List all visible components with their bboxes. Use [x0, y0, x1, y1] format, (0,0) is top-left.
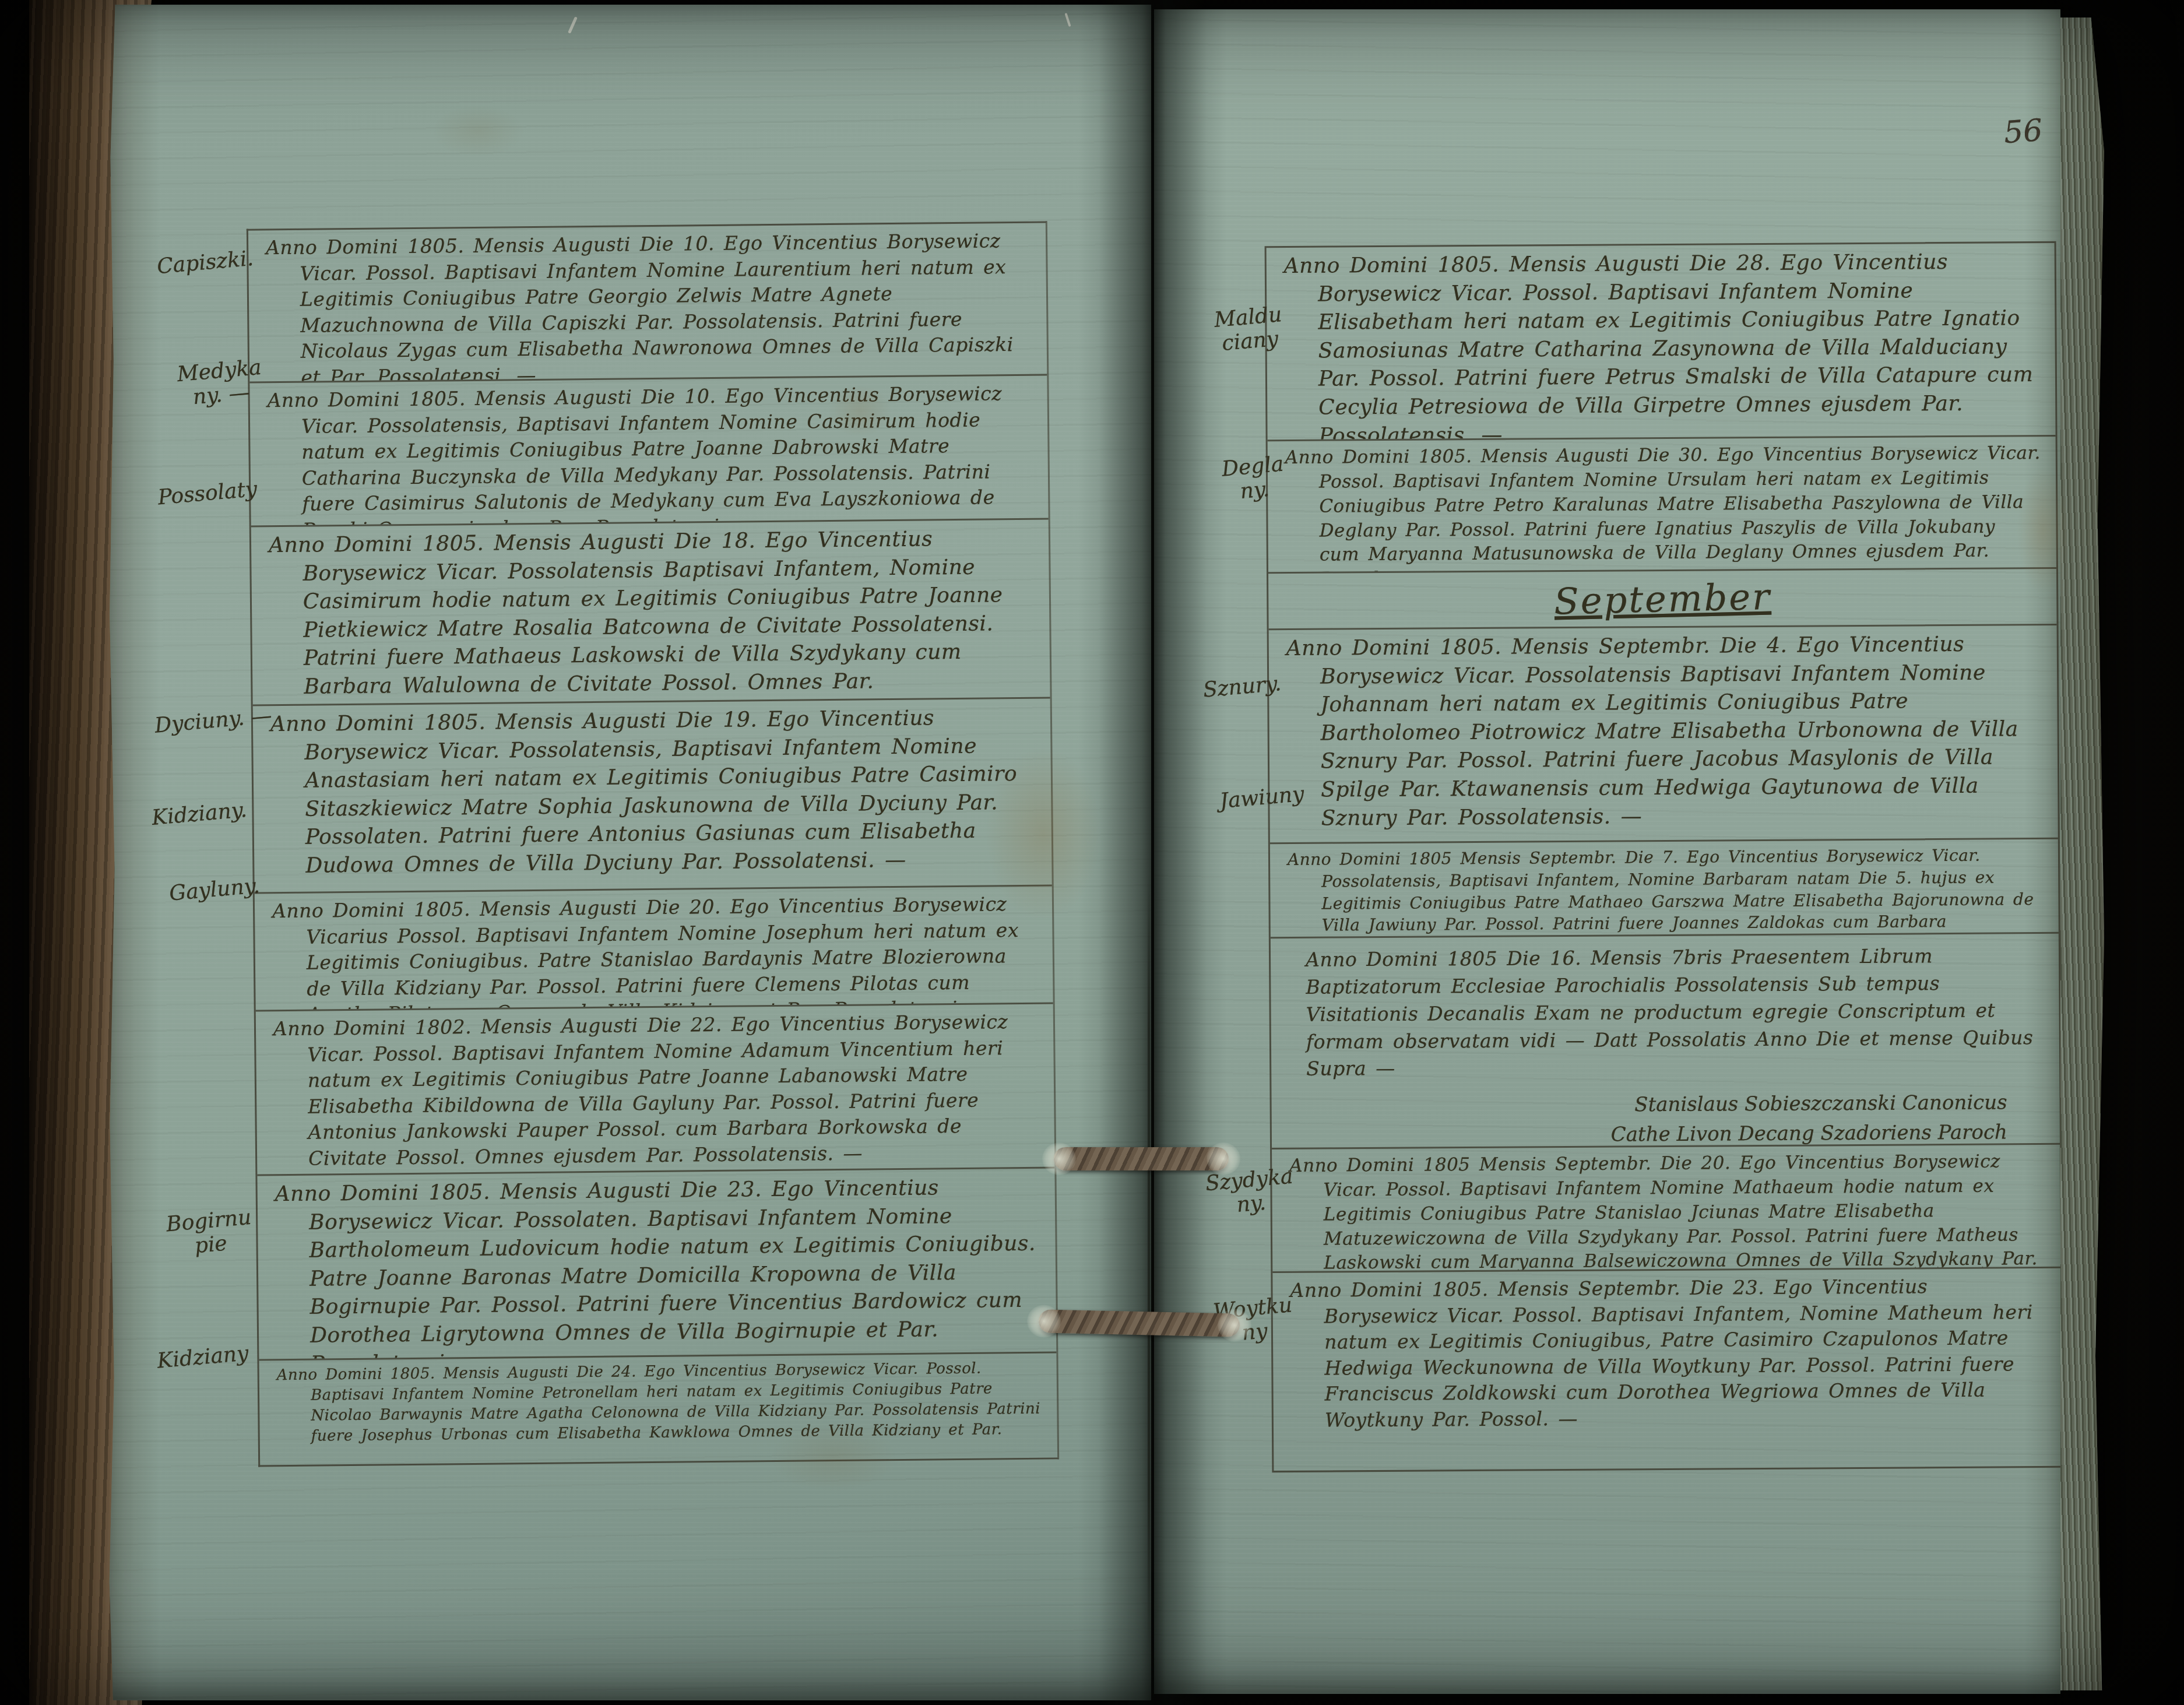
margin-label-kidziany-2: Kidziany	[141, 1340, 265, 1375]
baptism-record-text: Anno Domini 1805. Mensis Augusti Die 19.…	[253, 698, 1052, 881]
right-page: 56 Maldu ciany Degla ny. Sznury. Jawiuny…	[1154, 9, 2060, 1694]
baptism-record-woytkuny: Anno Domini 1805. Mensis Septembr. Die 2…	[1272, 1268, 2062, 1455]
baptism-record-text: Anno Domini 1802. Mensis Augusti Die 22.…	[256, 1004, 1055, 1172]
baptism-record-text: Anno Domini 1805. Mensis Augusti Die 23.…	[257, 1168, 1056, 1361]
baptism-record-text: Anno Domini 1805. Mensis Augusti Die 30.…	[1268, 437, 2056, 574]
binding-thread-upper	[1054, 1147, 1229, 1170]
baptism-record-kidziany: Anno Domini 1805. Mensis Augusti Die 20.…	[255, 886, 1053, 1011]
visitation-signer: Stanislaus Sobieszczanski Canonicus	[1271, 1088, 2007, 1123]
baptism-record-capiszki: Anno Domini 1805. Mensis Augusti Die 10.…	[248, 223, 1047, 383]
baptism-record-text: Anno Domini 1805. Mensis Augusti Die 28.…	[1267, 243, 2056, 441]
visitation-signer-title: Cathe Livon Decang Szadoriens Paroch	[1272, 1118, 2007, 1149]
baptism-record-dyciuny: Anno Domini 1805. Mensis Augusti Die 19.…	[253, 698, 1052, 894]
baptism-record-text: Anno Domini 1805. Mensis Septembr. Die 4…	[1269, 625, 2058, 833]
baptism-record-text: Anno Domini 1805 Mensis Septembr. Die 7.…	[1270, 839, 2059, 938]
left-record-table: Anno Domini 1805. Mensis Augusti Die 10.…	[247, 221, 1059, 1467]
baptism-record-sznury: Anno Domini 1805. Mensis Septembr. Die 4…	[1269, 625, 2058, 844]
binding-thread-lower	[1039, 1309, 1240, 1337]
margin-label-kidziany: Kidziany.	[138, 797, 262, 832]
baptism-record-gayluny: Anno Domini 1802. Mensis Augusti Die 22.…	[256, 1004, 1055, 1176]
baptism-record-text: Anno Domini 1805. Mensis Augusti Die 10.…	[248, 223, 1047, 383]
baptism-record-text: Anno Domini 1805. Mensis Augusti Die 10.…	[249, 375, 1048, 527]
open-register-book: Capiszki. Medyka ny. — Possolaty Dyciuny…	[23, 0, 2087, 1705]
baptism-record-bogirnupie: Anno Domini 1805. Mensis Augusti Die 23.…	[257, 1168, 1056, 1361]
book-gutter-shadow	[1099, 0, 1207, 1705]
baptism-record-text: Anno Domini 1805. Mensis Augusti Die 20.…	[255, 886, 1053, 1011]
stacked-page-edges-right	[2060, 17, 2104, 1690]
baptism-record-deglany: Anno Domini 1805. Mensis Augusti Die 30.…	[1268, 437, 2056, 574]
right-record-table: Anno Domini 1805. Mensis Augusti Die 28.…	[1265, 241, 2064, 1472]
margin-label-bogirnupie: Bogirnu pie	[147, 1204, 273, 1263]
baptism-record-text: Anno Domini 1805. Mensis Septembr. Die 2…	[1272, 1268, 2062, 1434]
baptism-record-text: Anno Domini 1805 Mensis Septembr. Die 20…	[1272, 1145, 2060, 1273]
baptism-record-possolaty: Anno Domini 1805. Mensis Augusti Die 18.…	[251, 519, 1050, 706]
left-page: Capiszki. Medyka ny. — Possolaty Dyciuny…	[108, 5, 1151, 1700]
baptism-record-text: Anno Domini 1805. Mensis Augusti Die 18.…	[251, 519, 1050, 706]
september-header-text: September	[1553, 575, 1771, 623]
baptism-record-medykany: Anno Domini 1805. Mensis Augusti Die 10.…	[249, 375, 1048, 527]
baptism-record-malduciany: Anno Domini 1805. Mensis Augusti Die 28.…	[1267, 243, 2056, 441]
visitation-note: Anno Domini 1805 Die 16. Mensis 7bris Pr…	[1271, 934, 2060, 1149]
baptism-record-jawiuny: Anno Domini 1805 Mensis Septembr. Die 7.…	[1270, 839, 2059, 938]
september-section-header: September	[1268, 569, 2057, 630]
baptism-record-szydykany: Anno Domini 1805 Mensis Septembr. Die 20…	[1272, 1145, 2060, 1273]
photo-of-register-book: Capiszki. Medyka ny. — Possolaty Dyciuny…	[0, 0, 2184, 1705]
baptism-record-text: Anno Domini 1805. Mensis Augusti Die 24.…	[259, 1353, 1057, 1449]
gutter-fold-line	[1148, 874, 1150, 1650]
visitation-note-text: Anno Domini 1805 Die 16. Mensis 7bris Pr…	[1271, 934, 2059, 1084]
visitation-signature: Stanislaus Sobieszczanski Canonicus Cath…	[1271, 1078, 2060, 1149]
page-number: 56	[2003, 113, 2044, 150]
baptism-record-kidziany-2: Anno Domini 1805. Mensis Augusti Die 24.…	[259, 1353, 1057, 1449]
